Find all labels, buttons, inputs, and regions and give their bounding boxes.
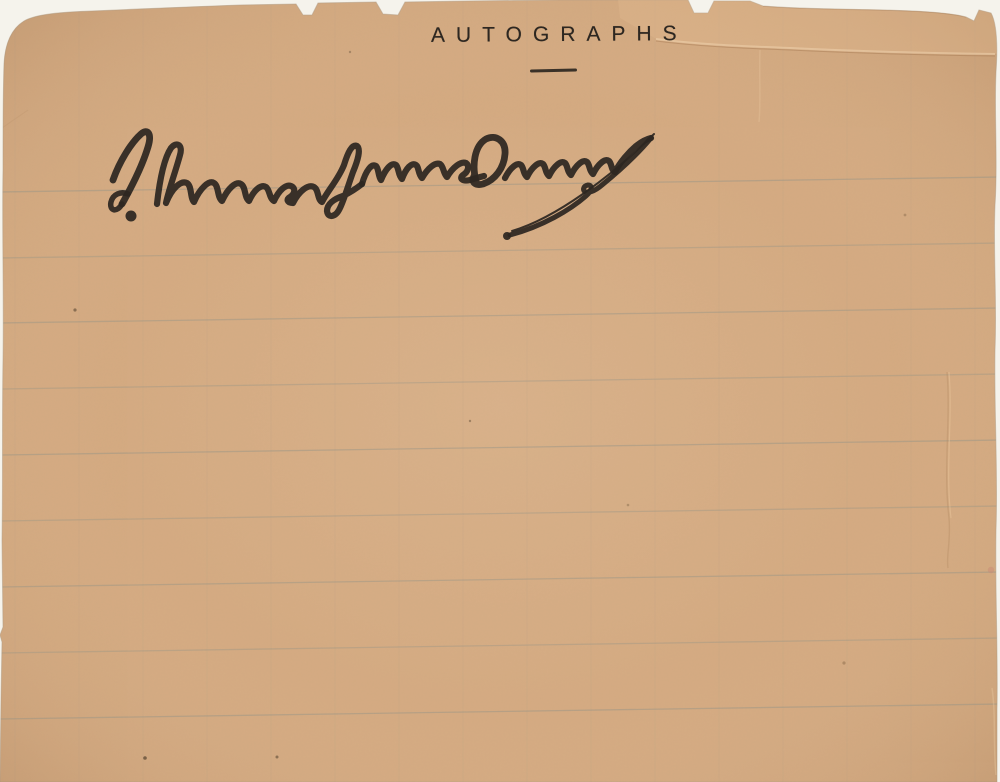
signature-ink-dot <box>126 211 137 222</box>
paper-grain-texture <box>0 0 1000 782</box>
autograph-album-page <box>0 0 1000 782</box>
page-title: AUTOGRAPHS <box>431 22 688 48</box>
scan-background: AUTOGRAPHS <box>0 0 1000 782</box>
torn-paper-sheet <box>0 0 1000 782</box>
signature-ink-blob <box>503 232 511 240</box>
